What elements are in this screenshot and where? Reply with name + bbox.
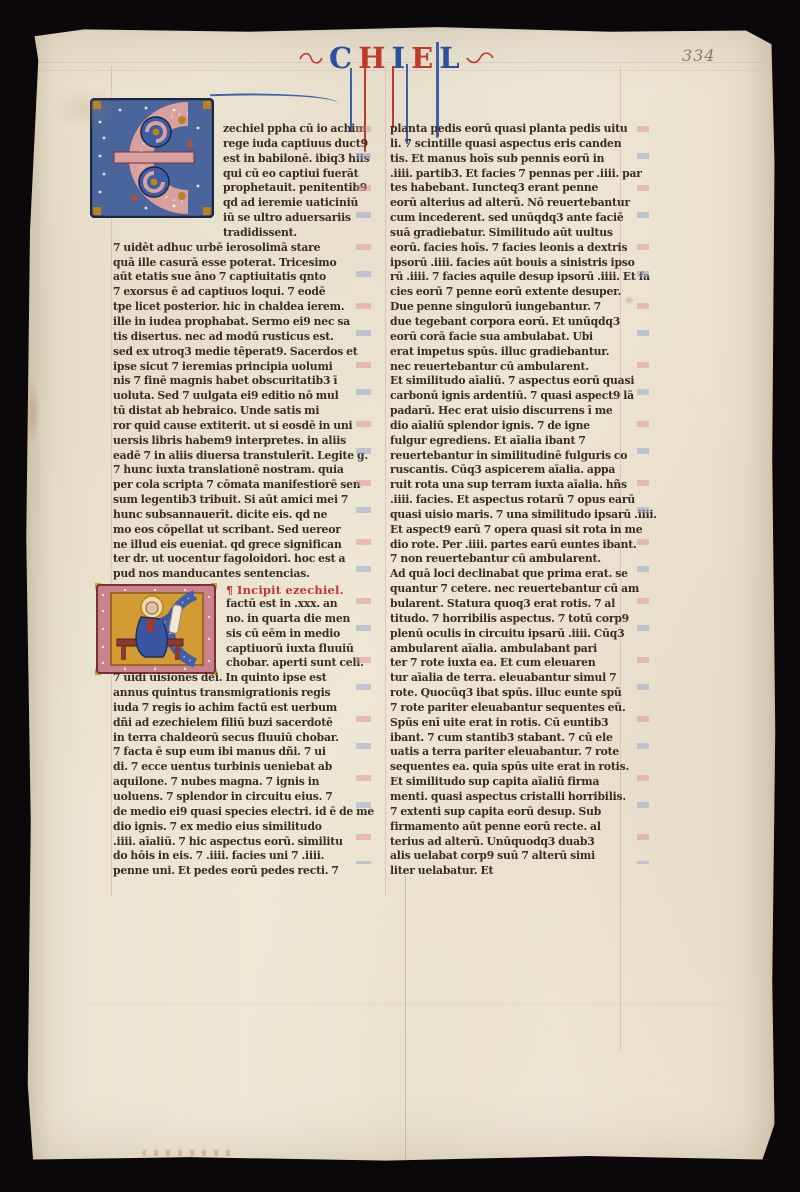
manuscript-photo: CHIEL 334 <box>0 0 800 1192</box>
text-line: rū .iiii. 7 facies aquile desup ipsorū .… <box>390 270 666 285</box>
text-line: rote. Quocūq3 ibat spūs. illuc eunte spū <box>390 686 666 701</box>
text-line: uersis libris habem9 interpretes. in ali… <box>113 434 381 449</box>
text-line: dio ignis. 7 ex medio eius similitudo <box>113 820 381 835</box>
text-line: titudo. 7 horribilis aspectus. 7 totū co… <box>390 612 666 627</box>
text-line: tū distat ab hebraico. Unde satis mi <box>113 404 381 419</box>
text-line: ter 7 rote iuxta ea. Et cum eleuaren <box>390 656 666 671</box>
text-line: eadē 7 in aliis diuersa transtulerīt. Le… <box>113 449 381 464</box>
text-line: firmamento aūt penne eorū recte. al <box>390 820 666 835</box>
text-line: alis uelabat corp9 suū 7 alterū simi <box>390 849 666 864</box>
text-line: tis disertus. nec ad modū rusticus est. <box>113 330 381 345</box>
rubric-text: Incipit ezechiel. <box>237 583 344 597</box>
text-line: 7 uidēt adhuc urbē ierosolimā stare <box>113 241 381 256</box>
text-line: chobar. aperti sunt celi. <box>113 656 381 671</box>
text-line: tradidissent. <box>113 226 381 241</box>
text-line: reuertebantur in similitudinē fulguris c… <box>390 449 666 464</box>
ezekiel-opening-lines: 7 uidi uisiones dei. In quinto ipse esta… <box>113 671 381 879</box>
text-line: li. 7 scintille quasi aspectus eris cand… <box>390 137 666 152</box>
text-line: due tegebant corpora eorū. Et unūqdq3 <box>390 315 666 330</box>
rubric-incipit: ¶Incipit ezechiel. <box>113 582 381 597</box>
text-line: nis 7 finē magnis habet obscuritatib3 ī <box>113 374 381 389</box>
text-line: uatis a terra pariter eleuabantur. 7 rot… <box>390 745 666 760</box>
text-line: iuda 7 regis io achim factū est uerbum <box>113 701 381 716</box>
text-line: iū se ultro aduersariis <box>113 211 381 226</box>
text-line: ter dr. ut uocentur fagoloidori. hoc est… <box>113 552 381 567</box>
text-column-right: planta pedis eorū quasi planta pedis uit… <box>390 122 666 879</box>
text-line: 7 extenti sup capita eorū desup. Sub <box>390 805 666 820</box>
text-line: per cola scripta 7 cōmata manifestiorē s… <box>113 478 381 493</box>
text-line: in terra chaldeorū secus fluuiū chobar. <box>113 731 381 746</box>
text-line: uoluens. 7 splendor in circuitu eius. 7 <box>113 790 381 805</box>
faded-marginal-mark <box>142 1150 238 1156</box>
text-line: 7 non reuertebantur cū ambularent. <box>390 552 666 567</box>
prologue-lines-beside-initial: zechiel ppha cū io achimrege iuda captiu… <box>113 122 381 241</box>
text-line: bularent. Statura quoq3 erat rotis. 7 al <box>390 597 666 612</box>
text-line: sum legentib3 tribuit. Si aūt amici mei … <box>113 493 381 508</box>
text-line: .iiii. aīaliū. 7 hic aspectus eorū. simi… <box>113 835 381 850</box>
text-line: eorū alterius ad alterū. Nō reuertebantu… <box>390 196 666 211</box>
text-line: sis cū eēm in medio <box>113 627 381 642</box>
running-title-letter: L <box>436 41 462 75</box>
text-line: quasi uisio maris. 7 una similitudo ipsa… <box>390 508 666 523</box>
text-line: factū est in .xxx. an <box>113 597 381 612</box>
line-filler-squiggles-center <box>356 126 371 864</box>
text-line: no. in quarta die men <box>113 612 381 627</box>
text-line: 7 hunc iuxta translationē nostram. quia <box>113 463 381 478</box>
text-line: Et similitudo aīaliū. 7 aspectus eorū qu… <box>390 374 666 389</box>
ruling-line-horizontal <box>84 1004 724 1005</box>
text-line: Et similitudo sup capita aīaliū firma <box>390 775 666 790</box>
text-line: ambularent aīalia. ambulabant pari <box>390 642 666 657</box>
text-line: annus quintus transmigrationis regis <box>113 686 381 701</box>
text-line: ipsorū .iiii. facies aūt bouis a sinistr… <box>390 256 666 271</box>
text-line: menti. quasi aspectus cristalli horribil… <box>390 790 666 805</box>
text-line: carbonū ignis ardentiū. 7 quasi aspect9 … <box>390 389 666 404</box>
text-line: suā gradiebatur. Similitudo aūt uultus <box>390 226 666 241</box>
text-line: rege iuda captiuus duct9 <box>113 137 381 152</box>
text-line: prophetauit. penitentib9 <box>113 181 381 196</box>
text-line: 7 uidi uisiones dei. In quinto ipse est <box>113 671 381 686</box>
text-line: ror quid cause extiterit. ut si eosdē in… <box>113 419 381 434</box>
text-line: quā ille casurā esse poterat. Tricesimo <box>113 256 381 271</box>
text-line: qd ad ieremie uaticiniū <box>113 196 381 211</box>
text-line: planta pedis eorū quasi planta pedis uit… <box>390 122 666 137</box>
text-line: eorū. facies hoīs. 7 facies leonis a dex… <box>390 241 666 256</box>
folio-number: 334 <box>682 46 716 65</box>
text-line: pud nos manducantes sentencias. <box>113 567 381 582</box>
text-line: liter uelabatur. Et <box>390 864 666 879</box>
text-line: terius ad alterū. Unūquodq3 duab3 <box>390 835 666 850</box>
text-line: qui cū eo captiui fuerāt <box>113 167 381 182</box>
text-line: nec reuertebantur cū ambularent. <box>390 360 666 375</box>
title-flourish-left-icon <box>298 50 324 66</box>
parchment-crease <box>405 876 406 1164</box>
text-line: uoluta. Sed 7 uulgata ei9 editio nō mul <box>113 389 381 404</box>
running-title-ezechiel: CHIEL <box>296 38 497 78</box>
text-line: plenū oculis in circuitu ipsarū .iiii. C… <box>390 627 666 642</box>
text-line: 7 exorsus ē ad captiuos loqui. 7 eodē <box>113 285 381 300</box>
line-filler-squiggles-right <box>637 126 649 864</box>
text-line: cum incederent. sed unūqdq3 ante faciē <box>390 211 666 226</box>
text-line: captiuorū iuxta fluuiū <box>113 642 381 657</box>
text-line: Ad quā loci declinabat que prima erat. s… <box>390 567 666 582</box>
text-line: mo eos cōpellat ut scribant. Sed uereor <box>113 523 381 538</box>
title-cadel-stroke <box>392 66 394 128</box>
text-line: .iiii. partib3. Et facies 7 pennas per .… <box>390 167 666 182</box>
text-line: dio aīaliū splendor ignis. 7 de igne <box>390 419 666 434</box>
ezekiel-continuation-lines: planta pedis eorū quasi planta pedis uit… <box>390 122 666 879</box>
text-line: zechiel ppha cū io achim <box>113 122 381 137</box>
text-line: aūt etatis sue āno 7 captiuitatis qnto <box>113 270 381 285</box>
text-line: do hōis in eis. 7 .iiii. facies uni 7 .i… <box>113 849 381 864</box>
text-line: ruscantis. Cūq3 aspicerem aīalia. appa <box>390 463 666 478</box>
text-line: ne illud eis eueniat. qd grece significa… <box>113 538 381 553</box>
text-line: fulgur egrediens. Et aīalia ibant 7 <box>390 434 666 449</box>
text-line: hunc subsannauerīt. dicite eis. qd ne <box>113 508 381 523</box>
text-line: erat impetus spūs. illuc gradiebantur. <box>390 345 666 360</box>
parchment-leaf: CHIEL 334 <box>24 26 776 1164</box>
text-line: est in babilonē. ibiq3 hiis <box>113 152 381 167</box>
text-line: cies eorū 7 penne eorū extente desuper. <box>390 285 666 300</box>
text-line: di. 7 ecce uentus turbinis ueniebat ab <box>113 760 381 775</box>
paraph-mark-icon: ¶ <box>226 584 237 597</box>
text-line: padarū. Hec erat uisio discurrens ī me <box>390 404 666 419</box>
text-line: tes habebant. Iuncteq3 erant penne <box>390 181 666 196</box>
running-title-letter: E <box>408 41 436 75</box>
text-line: tpe licet posterior. hic in chaldea iere… <box>113 300 381 315</box>
text-line: 7 facta ē sup eum ibi manus dñi. 7 ui <box>113 745 381 760</box>
text-line: ille in iudea prophabat. Sermo ei9 nec s… <box>113 315 381 330</box>
text-line: tur aīalia de terra. eleuabantur simul 7 <box>390 671 666 686</box>
text-line: sequentes ea. quia spūs uite erat in rot… <box>390 760 666 775</box>
title-flourish-right-icon <box>465 50 495 66</box>
text-line: 7 rote pariter eleuabantur sequentes eū. <box>390 701 666 716</box>
initial-flourish <box>210 90 338 108</box>
text-line: ruit rota una sup terram iuxta aīalia. h… <box>390 478 666 493</box>
text-line: ipse sicut 7 ieremias principia uolumi <box>113 360 381 375</box>
ruling-line-vertical <box>385 66 386 896</box>
text-line: dñi ad ezechielem filiū buzi sacerdotē <box>113 716 381 731</box>
text-line: sed ex utroq3 medie tēperat9. Sacerdos e… <box>113 345 381 360</box>
prologue-body-lines: 7 uidēt adhuc urbē ierosolimā starequā i… <box>113 241 381 582</box>
text-line: penne uni. Et pedes eorū pedes recti. 7 <box>113 864 381 879</box>
parchment-stain <box>26 378 40 448</box>
text-line: tis. Et manus hoīs sub pennis eorū in <box>390 152 666 167</box>
text-line: de medio ei9 quasi species electri. id ē… <box>113 805 381 820</box>
text-line: quantur 7 cetere. nec reuertebantur cū a… <box>390 582 666 597</box>
text-line: aquilone. 7 nubes magna. 7 ignis in <box>113 775 381 790</box>
ezekiel-lines-beside-initial: factū est in .xxx. anno. in quarta die m… <box>113 597 381 671</box>
text-line: ibant. 7 cum stantib3 stabant. 7 cū ele <box>390 731 666 746</box>
text-line: .iiii. facies. Et aspectus rotarū 7 opus… <box>390 493 666 508</box>
running-title-letter: H <box>355 41 388 75</box>
text-line: Due penne singulorū iungebantur. 7 <box>390 300 666 315</box>
text-line: dio rote. Per .iiii. partes earū euntes … <box>390 538 666 553</box>
text-line: eorū corā facie sua ambulabat. Ubi <box>390 330 666 345</box>
text-line: Et aspect9 earū 7 opera quasi sit rota i… <box>390 523 666 538</box>
running-title-letters: CHIEL <box>326 44 463 73</box>
text-line: Spūs enī uite erat in rotis. Cū euntib3 <box>390 716 666 731</box>
text-column-left: zechiel ppha cū io achimrege iuda captiu… <box>113 122 381 879</box>
